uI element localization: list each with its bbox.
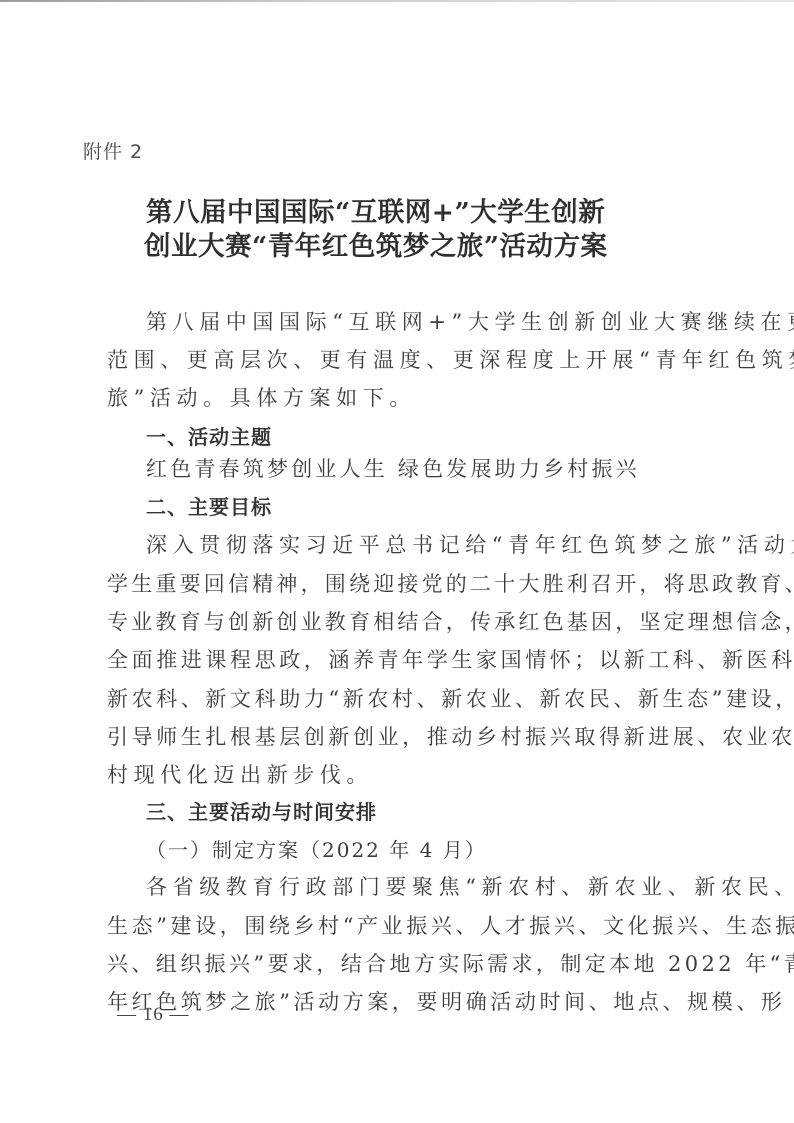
- body-line: 深入贯彻落实习近平总书记给“青年红色筑梦之旅”活动大: [146, 532, 696, 558]
- section-heading-schedule: 三、主要活动与时间安排: [146, 799, 736, 825]
- body-line: 全面推进课程思政，涵养青年学生家国情怀；以新工科、新医科、: [107, 647, 697, 673]
- section-heading-goals: 二、主要目标: [146, 494, 736, 520]
- body-line: 村现代化迈出新步伐。: [107, 762, 697, 788]
- attachment-label: 附件 2: [83, 137, 143, 164]
- section-heading-theme: 一、活动主题: [146, 424, 736, 450]
- body-line: 学生重要回信精神，围绕迎接党的二十大胜利召开，将思政教育、: [107, 571, 697, 597]
- page-number: — 16 —: [117, 1004, 190, 1026]
- theme-text: 红色青春筑梦创业人生 绿色发展助力乡村振兴: [146, 456, 696, 482]
- intro-line: 范围、更高层次、更有温度、更深程度上开展“青年红色筑梦之: [107, 347, 697, 373]
- scan-edge-shade: [0, 0, 794, 2]
- body-line: 专业教育与创新创业教育相结合，传承红色基因，坚定理想信念，: [107, 609, 697, 635]
- title-line-2: 创业大赛“青年红色筑梦之旅”活动方案: [144, 230, 646, 264]
- body-line: 生态”建设，围绕乡村“产业振兴、人才振兴、文化振兴、生态振: [107, 913, 697, 939]
- body-line: 兴、组织振兴”要求，结合地方实际需求，制定本地 2022 年“青: [107, 951, 697, 977]
- body-line: 新农科、新文科助力“新农村、新农业、新农民、新生态”建设，: [107, 686, 697, 712]
- body-line: 各省级教育行政部门要聚焦“新农村、新农业、新农民、新: [146, 874, 696, 900]
- document-title: 第八届中国国际“互联网+”大学生创新 创业大赛“青年红色筑梦之旅”活动方案: [146, 196, 646, 264]
- body-line: 年红色筑梦之旅”活动方案，要明确活动时间、地点、规模、形: [107, 989, 697, 1015]
- intro-line: 第八届中国国际“互联网+”大学生创新创业大赛继续在更大: [146, 309, 696, 335]
- title-line-1: 第八届中国国际“互联网+”大学生创新: [146, 196, 646, 230]
- body-line: 引导师生扎根基层创新创业，推动乡村振兴取得新进展、农业农: [107, 724, 697, 750]
- subsection-heading-plan: （一）制定方案（2022 年 4 月）: [146, 837, 736, 863]
- intro-line: 旅”活动。具体方案如下。: [107, 385, 697, 411]
